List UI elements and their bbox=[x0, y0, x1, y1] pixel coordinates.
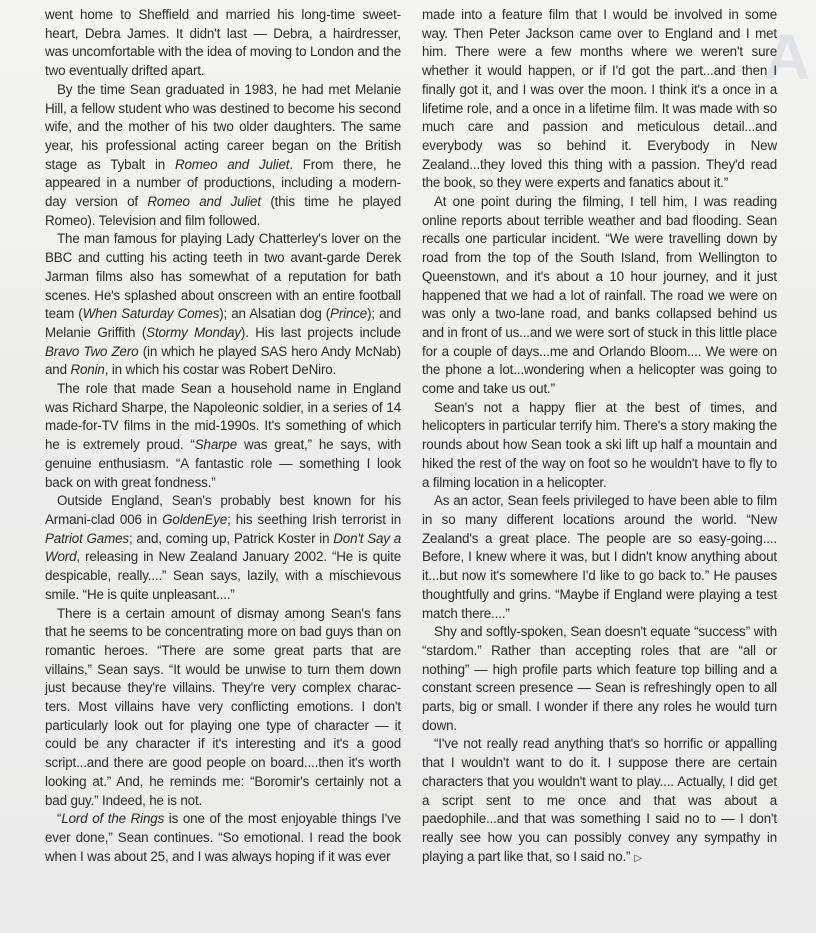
article-paragraph: As an actor, Sean feels privileged to ha… bbox=[422, 492, 777, 623]
article-paragraph: “I've not really read anything that's so… bbox=[422, 735, 777, 868]
text-run: There is a certain amount of dismay amon… bbox=[45, 606, 401, 808]
text-run: ; and, coming up, Patrick Koster in bbox=[129, 531, 333, 546]
text-run: made into a feature film that I would be… bbox=[422, 7, 777, 190]
article-paragraph: At one point during the filming, I tell … bbox=[422, 193, 777, 399]
italic-title: Ronin bbox=[70, 362, 104, 377]
article-paragraph: Sean's not a happy flier at the best of … bbox=[422, 399, 777, 493]
article-column-right: made into a feature film that I would be… bbox=[422, 6, 777, 868]
article-paragraph: made into a feature film that I would be… bbox=[422, 6, 777, 193]
italic-title: Sharpe bbox=[195, 437, 237, 452]
text-run: ; his seething Irish terrorist in bbox=[227, 512, 401, 527]
italic-title: Romeo and Juliet bbox=[147, 194, 261, 209]
text-run: “I've not really read anything that's so… bbox=[422, 736, 777, 863]
article-paragraph: The role that made Sean a household name… bbox=[45, 380, 401, 492]
article-paragraph: Shy and softly-spoken, Sean doesn't equa… bbox=[422, 623, 777, 735]
article-column-left: went home to Sheffield and married his l… bbox=[45, 6, 401, 866]
end-of-article-icon: ▷ bbox=[634, 853, 642, 864]
text-run: went home to Sheffield and married his l… bbox=[45, 7, 401, 78]
text-run: Sean's not a happy flier at the best of … bbox=[422, 400, 777, 490]
italic-title: Bravo Two Zero bbox=[45, 344, 138, 359]
article-paragraph: There is a certain amount of dismay amon… bbox=[45, 605, 401, 811]
text-run: At one point during the filming, I tell … bbox=[422, 194, 777, 396]
article-paragraph: “Lord of the Rings is one of the most en… bbox=[45, 810, 401, 866]
text-run: , in which his costar was Robert DeNiro. bbox=[105, 362, 336, 377]
italic-title: When Saturday Comes bbox=[83, 306, 220, 321]
text-run: As an actor, Sean feels privileged to ha… bbox=[422, 493, 777, 620]
text-run: ). His last projects include bbox=[241, 325, 401, 340]
italic-title: Romeo and Juliet bbox=[175, 157, 289, 172]
text-run: Shy and softly-spoken, Sean doesn't equa… bbox=[422, 624, 777, 733]
text-run: , releasing in New Zealand January 2002.… bbox=[45, 549, 401, 601]
italic-title: GoldenEye bbox=[162, 512, 227, 527]
italic-title: Stormy Monday bbox=[146, 325, 241, 340]
article-paragraph: By the time Sean graduated in 1983, he h… bbox=[45, 81, 401, 231]
article-paragraph: The man famous for playing Lady Chatterl… bbox=[45, 230, 401, 380]
italic-title: Lord of the Rings bbox=[61, 811, 164, 826]
italic-title: Patriot Games bbox=[45, 531, 129, 546]
article-paragraph: Outside England, Sean's probably best kn… bbox=[45, 492, 401, 604]
article-paragraph: went home to Sheffield and married his l… bbox=[45, 6, 401, 81]
italic-title: Prince bbox=[330, 306, 367, 321]
text-run: ); an Alsatian dog ( bbox=[219, 306, 330, 321]
magazine-page: A went home to Sheffield and married his… bbox=[0, 0, 816, 933]
